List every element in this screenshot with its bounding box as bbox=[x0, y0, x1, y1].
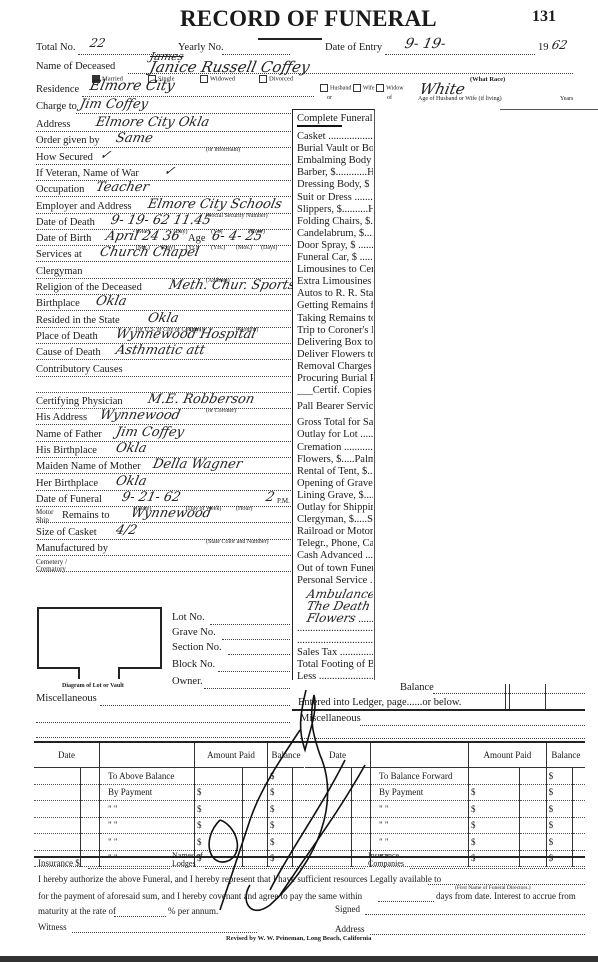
balance-divider bbox=[545, 684, 546, 709]
page-title: RECORD OF FUNERAL bbox=[180, 6, 437, 32]
grave-no-label: Grave No. bbox=[172, 627, 216, 638]
field-label: Name of Father bbox=[36, 429, 102, 440]
charge-item-label: Railroad or Motor } Tickets, $ bbox=[297, 526, 373, 537]
field-row: Cemetery / Crematory bbox=[36, 559, 291, 575]
residence-value: Elmore City bbox=[88, 78, 176, 94]
charge-item: Trip to Coroner's Inquest ..............… bbox=[297, 325, 373, 336]
charge-item: Cash Advanced ..........................… bbox=[297, 550, 373, 561]
scan-edge bbox=[0, 956, 598, 962]
lot-diagram-edge bbox=[37, 667, 79, 669]
field-row: Name of FatherJim Coffey bbox=[36, 429, 291, 445]
total-no-label: Total No. bbox=[36, 42, 76, 53]
charge-item-label: Extra Limousines bbox=[297, 276, 371, 287]
age-label: Age bbox=[188, 233, 206, 244]
field-label: Manufactured by bbox=[36, 543, 108, 554]
age-spouse-label: Age of Husband or Wife (if living) bbox=[418, 96, 502, 102]
charge-item-label: Outlay for Lot bbox=[297, 429, 358, 440]
balance-cell[interactable]: $ bbox=[546, 850, 572, 867]
charge-item-label: Removal Charges bbox=[297, 361, 372, 372]
field-row: Order given bySame(or informant) bbox=[36, 135, 291, 151]
field-label: His Address bbox=[36, 412, 87, 423]
field-label: Employer and Address bbox=[36, 201, 132, 212]
balance-cents-cell[interactable] bbox=[573, 768, 586, 785]
charge-item-label: Rental of Tent, $....of Ter bbox=[297, 466, 373, 477]
charge-item-label: Out of town Funeral Direc bbox=[297, 563, 373, 574]
charge-item: Embalming Body .........................… bbox=[297, 155, 373, 166]
field-row: Services atChurch Chapel bbox=[36, 249, 291, 265]
col-balance: Balance bbox=[546, 743, 585, 768]
page-number: 131 bbox=[532, 8, 556, 26]
years-label: Years bbox=[560, 96, 573, 102]
charge-item-dots: .............................. bbox=[297, 635, 373, 646]
field-line bbox=[36, 376, 291, 377]
rate-line bbox=[114, 916, 166, 917]
field-row: AddressElmore City Okla bbox=[36, 119, 291, 135]
col-desc bbox=[100, 743, 195, 768]
date-cell[interactable] bbox=[34, 834, 81, 851]
amount-cents-cell[interactable] bbox=[519, 834, 546, 851]
funeral-hour-value: 2 bbox=[264, 490, 275, 505]
amount-cell[interactable]: $ bbox=[469, 834, 520, 851]
field-label: Place of Death bbox=[36, 331, 98, 342]
insurance-line bbox=[88, 868, 170, 869]
date-sub-cell[interactable] bbox=[81, 768, 100, 785]
charge-item: Removal Charges ........................… bbox=[297, 361, 373, 372]
name-of-deceased-label: Name of Deceased bbox=[36, 61, 115, 72]
charge-item: Flowers, $.....Palms, $ ................… bbox=[297, 454, 373, 465]
complete-funeral-header: Complete Funeral (except on bbox=[297, 113, 373, 124]
field-value: Jim Coffey bbox=[115, 425, 186, 440]
amount-cents-cell[interactable] bbox=[519, 768, 546, 785]
charge-item: Limousines to Cemetery .................… bbox=[297, 264, 373, 275]
description-cell[interactable]: By Payment bbox=[100, 784, 195, 801]
balance-cell[interactable]: $ bbox=[546, 817, 572, 834]
charge-item: Dressing Body, $ .......................… bbox=[297, 179, 373, 190]
balance-cell[interactable]: $ bbox=[546, 768, 572, 785]
field-label: Size of Casket bbox=[36, 527, 97, 538]
charge-item-dots: .............................. bbox=[372, 361, 373, 372]
ship-label: Ship bbox=[36, 516, 49, 524]
charge-item: Opening of Grave or Tomb ...............… bbox=[297, 478, 373, 489]
charge-item-dots: .............................. bbox=[370, 179, 373, 190]
field-label: Resided in the State bbox=[36, 315, 120, 326]
charge-item: Suit or Dress ..........................… bbox=[297, 192, 373, 203]
insurance-label: Insurance $ bbox=[38, 858, 80, 868]
charge-item: Extra Limousines .......................… bbox=[297, 276, 373, 287]
days-from-date: days from date. Interest to accrue from bbox=[436, 891, 576, 901]
field-value: Elmore City Okla bbox=[94, 115, 210, 130]
field-label: Birthplace bbox=[36, 298, 80, 309]
date-of-entry-year: 62 bbox=[551, 38, 569, 52]
charge-item-label: Funeral Car, $ ........Aml bbox=[297, 252, 373, 263]
charge-item-label: Sales Tax bbox=[297, 647, 337, 658]
field-line bbox=[36, 261, 291, 262]
field-value: ✓ bbox=[99, 148, 113, 163]
amount-cell[interactable]: $ bbox=[469, 784, 520, 801]
balance-divider bbox=[505, 684, 506, 709]
field-label: Contributory Causes bbox=[36, 364, 123, 375]
field-value: Asthmatic att bbox=[115, 343, 207, 358]
lot-diagram-edge bbox=[118, 667, 120, 679]
charge-item-dots: .............................. bbox=[367, 575, 373, 586]
grave-no-line bbox=[222, 639, 290, 640]
balance-cell[interactable]: $ bbox=[546, 784, 572, 801]
miscellaneous-left-label: Miscellaneous bbox=[36, 693, 97, 704]
charge-item-label: Personal Service bbox=[297, 575, 367, 586]
balance-divider bbox=[509, 684, 510, 709]
charge-item: Slippers, $..........Ho ................… bbox=[297, 204, 373, 215]
charge-item: Outlay for Shipping Charge .............… bbox=[297, 502, 373, 513]
checkbox-wife[interactable] bbox=[353, 84, 361, 92]
charge-to-label: Charge to bbox=[36, 101, 77, 112]
field-value: Okla bbox=[146, 311, 180, 326]
charge-item-label: Embalming Body bbox=[297, 155, 371, 166]
date-sub-cell[interactable] bbox=[81, 784, 100, 801]
date-cell[interactable] bbox=[34, 768, 81, 785]
field-label: Cause of Death bbox=[36, 347, 101, 358]
lot-diagram-edge bbox=[118, 667, 160, 669]
charge-item-label: Lining Grave, $......Lowe bbox=[297, 490, 373, 501]
field-label: How Secured bbox=[36, 152, 93, 163]
charge-item: Outlay for Lot .........................… bbox=[297, 429, 373, 440]
charge-item-label: Procuring Burial Permit bbox=[297, 373, 373, 384]
charge-item: Telegr., Phone, Cable or Ra ............… bbox=[297, 538, 373, 549]
col-date: Date bbox=[34, 743, 100, 768]
charge-item-label: Cremation bbox=[297, 442, 341, 453]
field-label: Occupation bbox=[36, 184, 84, 195]
amount-cents-cell[interactable] bbox=[519, 801, 546, 818]
authorization-line3: maturity at the rate of bbox=[38, 906, 116, 916]
checkbox-husband[interactable] bbox=[320, 84, 328, 92]
charge-item: .............................. bbox=[297, 623, 373, 634]
charge-item: Cremation .............................. bbox=[297, 442, 373, 453]
charge-item: Railroad or Motor } Tickets, $ .........… bbox=[297, 526, 373, 537]
charge-item-label: Candelabrum, $........Ca bbox=[297, 228, 373, 239]
total-no-value: 22 bbox=[89, 36, 107, 50]
field-label: Services at bbox=[36, 249, 82, 260]
field-value: 4/2 bbox=[115, 523, 139, 538]
charge-item-dots: .............................. bbox=[371, 155, 373, 166]
amount-cents-cell[interactable] bbox=[519, 784, 546, 801]
date-of-entry-line bbox=[385, 54, 535, 55]
charge-item-label: Opening of Grave or Tomb bbox=[297, 478, 373, 489]
charge-item: Candelabrum, $........Ca ...............… bbox=[297, 228, 373, 239]
field-row: Religion of the DeceasedMeth. Chur. Spor… bbox=[36, 282, 291, 298]
charge-item: Pall Bearer Service, $.... U ...........… bbox=[297, 401, 373, 412]
amount-cents-cell[interactable] bbox=[519, 817, 546, 834]
checkbox-divorced[interactable]: Divorced bbox=[259, 75, 293, 83]
field-line bbox=[36, 522, 291, 523]
charge-item-dots: .............................. bbox=[326, 131, 373, 142]
checkbox-divorced-box[interactable] bbox=[259, 75, 267, 83]
lot-diagram bbox=[37, 607, 162, 669]
charge-item-label: Getting Remains from bbox=[297, 300, 373, 311]
balance-cents-cell[interactable] bbox=[573, 850, 586, 867]
charge-item: Barber, $............Hair ..............… bbox=[297, 167, 373, 178]
field-row: How Secured✓ bbox=[36, 152, 291, 168]
age-value: 6- 4- 25 bbox=[210, 229, 263, 244]
field-value: Wynnewood bbox=[99, 408, 182, 423]
field-label: Date of Birth bbox=[36, 233, 91, 244]
field-value: Okla bbox=[115, 441, 149, 456]
charge-item-dots: .............................. bbox=[341, 442, 373, 453]
field-value: Della Wagner bbox=[152, 457, 244, 472]
date-cell[interactable] bbox=[34, 817, 81, 834]
charge-item: ___Certif. Copies of Death C ...........… bbox=[297, 385, 373, 396]
lot-no-label: Lot No. bbox=[172, 612, 205, 623]
charge-to-line bbox=[76, 113, 291, 114]
charge-item-label: Autos to R. R. Station bbox=[297, 288, 373, 299]
charge-item: Out of town Funeral Direc ..............… bbox=[297, 563, 373, 574]
field-line bbox=[36, 555, 291, 556]
ledger-top-rule bbox=[500, 109, 598, 110]
charge-item-label: Taking Remains to bbox=[297, 313, 373, 324]
charge-item: Folding Chairs, $......Ta ..............… bbox=[297, 216, 373, 227]
field-line bbox=[36, 359, 291, 360]
charge-item-label: Door Spray, $ .........Gl bbox=[297, 240, 373, 251]
field-line bbox=[36, 294, 291, 295]
amount-cell[interactable] bbox=[469, 768, 520, 785]
charge-item-label: Deliver Flowers to bbox=[297, 349, 373, 360]
field-value: 9- 19- 62 11.45 bbox=[109, 213, 212, 228]
charge-item: Funeral Car, $ ........Aml .............… bbox=[297, 252, 373, 263]
field-label: Address bbox=[36, 119, 70, 130]
field-line bbox=[36, 441, 291, 442]
field-label: Order given by bbox=[36, 135, 100, 146]
charge-item-label: Barber, $............Hair bbox=[297, 167, 373, 178]
charge-item: Lining Grave, $......Lowe ..............… bbox=[297, 490, 373, 501]
field-label: His Birthplace bbox=[36, 445, 97, 456]
charge-item-label: Flowers, $.....Palms, $ bbox=[297, 454, 373, 465]
field-value: ✓ bbox=[162, 164, 176, 179]
charge-item: Clergyman, $.....Singers, $ ............… bbox=[297, 514, 373, 525]
charge-item: Personal Service .......................… bbox=[297, 575, 373, 586]
date-sub-cell[interactable] bbox=[81, 817, 100, 834]
charge-item-label: Cash Advanced bbox=[297, 550, 363, 561]
balance-cents-cell[interactable] bbox=[573, 817, 586, 834]
lot-diagram-label: Diagram of Lot or Vault bbox=[62, 683, 124, 689]
charge-item-label: Trip to Coroner's Inquest bbox=[297, 325, 373, 336]
field-line bbox=[36, 571, 291, 572]
date-sub-cell[interactable] bbox=[81, 850, 100, 867]
charge-item-label: Delivering Box to bbox=[297, 337, 373, 348]
charge-item: Door Spray, $ .........Gl ..............… bbox=[297, 240, 373, 251]
date-of-entry-year-prefix: 19 bbox=[538, 42, 549, 53]
field-label: Remains to bbox=[62, 510, 110, 521]
field-row: Remains toWynnewoodMotorShip bbox=[36, 510, 291, 526]
field-line bbox=[36, 473, 291, 474]
field-value: Wynnewood Hospital bbox=[115, 327, 258, 342]
field-value: Okla bbox=[94, 294, 128, 309]
name-of-deceased-value: Janice Russell Coffey bbox=[148, 58, 311, 76]
charge-item-dots: .............................. bbox=[363, 550, 373, 561]
field-label: Date of Funeral bbox=[36, 494, 102, 505]
field-row: Size of Casket4/2(State Color and Number… bbox=[36, 527, 291, 543]
charge-item-label: Folding Chairs, $......Ta bbox=[297, 216, 373, 227]
charge-item: Autos to R. R. Station .................… bbox=[297, 288, 373, 299]
field-line bbox=[36, 147, 291, 148]
field-value: M.E. Robberson bbox=[146, 392, 255, 407]
field-line bbox=[36, 180, 291, 181]
field-value: Meth. Chur. Sports bbox=[168, 278, 297, 293]
field-row: Maiden Name of MotherDella Wagner bbox=[36, 461, 291, 477]
charge-item: .............................. bbox=[297, 635, 373, 646]
field-value: Teacher bbox=[94, 180, 150, 195]
spouse-or-label: or bbox=[327, 95, 332, 101]
amount-cell[interactable]: $ bbox=[469, 817, 520, 834]
witness-label: Witness bbox=[38, 922, 67, 932]
field-line bbox=[36, 131, 291, 132]
field-label: If Veteran, Name of War bbox=[36, 168, 139, 179]
charge-item: Procuring Burial Permit ................… bbox=[297, 373, 373, 384]
title-underline bbox=[258, 38, 322, 40]
date-of-entry-value: 9- 19- bbox=[403, 36, 447, 52]
section-no-line bbox=[228, 654, 290, 655]
balance-cents-cell[interactable] bbox=[573, 834, 586, 851]
charge-item: Burial Vault or Box ....................… bbox=[297, 143, 373, 154]
field-row: Manufactured by bbox=[36, 543, 291, 559]
lot-no-line bbox=[210, 624, 290, 625]
charge-item-label: Outlay for Shipping Charge bbox=[297, 502, 373, 513]
charge-item-label: Burial Vault or Box bbox=[297, 143, 373, 154]
charge-item-label: Gross Total for Sales Tax bbox=[297, 417, 373, 428]
charge-item-label: Pall Bearer Service, $.... U bbox=[297, 401, 373, 412]
description-cell[interactable]: " " bbox=[100, 801, 195, 818]
checkbox-widowed-box[interactable] bbox=[200, 75, 208, 83]
charge-item-dots: .............................. bbox=[371, 276, 373, 287]
field-line bbox=[36, 164, 291, 165]
amount-cents-cell[interactable] bbox=[519, 850, 546, 867]
field-row: If Veteran, Name of War✓ bbox=[36, 168, 291, 184]
charge-item: Gross Total for Sales Tax ..............… bbox=[297, 417, 373, 428]
charge-item: Delivering Box to ......................… bbox=[297, 337, 373, 348]
date-sub-cell[interactable] bbox=[81, 801, 100, 818]
what-race-label: (What Race) bbox=[470, 76, 505, 83]
description-cell[interactable]: To Above Balance bbox=[100, 768, 195, 785]
charge-item-label: Clergyman, $.....Singers, $ bbox=[297, 514, 373, 525]
charge-item: Deliver Flowers to .....................… bbox=[297, 349, 373, 360]
date-cell[interactable] bbox=[34, 801, 81, 818]
yearly-no-line bbox=[222, 54, 290, 55]
charge-item-dots: .............................. bbox=[297, 623, 373, 634]
insurance-companies-line bbox=[410, 868, 585, 869]
col-amount-paid: Amount Paid bbox=[469, 743, 547, 768]
header-underline bbox=[297, 125, 342, 127]
field-label: Date of Death bbox=[36, 217, 95, 228]
charge-item-label: Limousines to Cemetery bbox=[297, 264, 373, 275]
charge-item-label: ___Certif. Copies of Death C bbox=[297, 385, 373, 396]
charge-item-label: Suit or Dress bbox=[297, 192, 352, 203]
section-no-label: Section No. bbox=[172, 642, 222, 653]
checkbox-widowed[interactable]: Widowed bbox=[200, 75, 235, 83]
field-value: Wynnewood bbox=[129, 506, 212, 521]
charge-item: Taking Remains to ......................… bbox=[297, 313, 373, 324]
field-value: April 24 36 bbox=[104, 229, 181, 244]
charge-item: Sales Tax .............................. bbox=[297, 647, 373, 658]
field-label: Her Birthplace bbox=[36, 478, 98, 489]
charge-item-dots: .............................. bbox=[352, 192, 373, 203]
date-cell[interactable] bbox=[34, 784, 81, 801]
field-label: Religion of the Deceased bbox=[36, 282, 142, 293]
balance-cell[interactable]: $ bbox=[546, 801, 572, 818]
motor-label: Motor bbox=[36, 508, 54, 516]
residence-label: Residence bbox=[36, 84, 79, 95]
field-value: Elmore City Schools bbox=[146, 197, 283, 212]
field-row: Contributory Causes bbox=[36, 364, 291, 380]
field-value: Same bbox=[115, 131, 155, 146]
charge-item: Casket .............................. bbox=[297, 131, 373, 142]
charge-item-dots: .............................. bbox=[337, 647, 373, 658]
balance-cents-cell[interactable] bbox=[573, 801, 586, 818]
balance-cents-cell[interactable] bbox=[573, 784, 586, 801]
amount-cell[interactable]: $ bbox=[469, 850, 520, 867]
field-value: Okla bbox=[115, 474, 149, 489]
charge-item-label: Telegr., Phone, Cable or Ra bbox=[297, 538, 373, 549]
checkbox-widow[interactable] bbox=[376, 84, 384, 92]
charge-item-label: Dressing Body, $ bbox=[297, 179, 370, 190]
charge-item: Rental of Tent, $....of Ter ............… bbox=[297, 466, 373, 477]
amount-cell[interactable]: $ bbox=[469, 801, 520, 818]
description-cell[interactable]: " " bbox=[100, 834, 195, 851]
charge-to-value: Jim Coffey bbox=[78, 97, 149, 112]
balance-cell[interactable]: $ bbox=[546, 834, 572, 851]
spouse-of-label: of bbox=[387, 95, 392, 101]
field-value: 9- 21- 62 bbox=[120, 490, 182, 505]
field-label: Maiden Name of Mother bbox=[36, 461, 141, 472]
spouse-checkboxes: Husband Wife Widow bbox=[320, 84, 404, 92]
field-value: Church Chapel bbox=[99, 245, 201, 260]
charge-item-label: Slippers, $..........Ho bbox=[297, 204, 373, 215]
field-label: Certifying Physician bbox=[36, 396, 123, 407]
date-sub-cell[interactable] bbox=[81, 834, 100, 851]
pm-label: P.M. bbox=[277, 497, 290, 505]
date-of-entry-label: Date of Entry bbox=[325, 42, 382, 53]
charge-item-label: Casket bbox=[297, 131, 326, 142]
signature-scrawl-icon bbox=[190, 660, 430, 940]
description-cell[interactable]: " " bbox=[100, 817, 195, 834]
charge-item: Getting Remains from ...................… bbox=[297, 300, 373, 311]
field-label: Clergyman bbox=[36, 266, 82, 277]
field-row: Cause of DeathAsthmatic att bbox=[36, 347, 291, 363]
lot-diagram-edge bbox=[78, 667, 80, 679]
charge-item-dots: .............................. bbox=[358, 429, 373, 440]
